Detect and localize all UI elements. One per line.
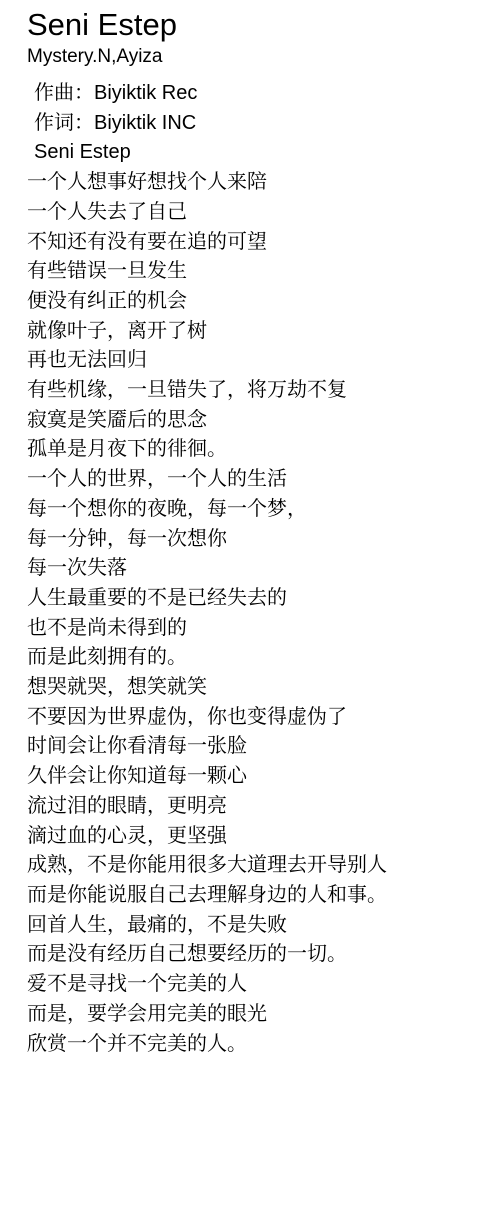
lyric-line: 流过泪的眼睛，更明亮 [27, 792, 490, 822]
lyric-line: 也不是尚未得到的 [27, 614, 490, 644]
lyric-line: 寂寞是笑靥后的思念 [27, 406, 490, 436]
lyric-line: 一个人失去了自己 [27, 198, 490, 228]
lyrics-content: 作曲：Biyiktik Rec作词：Biyiktik INCSeni Estep… [27, 79, 490, 1059]
artist-name: Mystery.N,Ayiza [27, 44, 490, 70]
lyric-line: 人生最重要的不是已经失去的 [27, 584, 490, 614]
lyric-line: 欣赏一个并不完美的人。 [27, 1030, 490, 1060]
lyric-line: 而是，要学会用完美的眼光 [27, 1000, 490, 1030]
lyric-line: 孤单是月夜下的徘徊。 [27, 435, 490, 465]
lyric-line: 一个人想事好想找个人来陪 [27, 168, 490, 198]
credits-block: 作曲：Biyiktik Rec作词：Biyiktik INCSeni Estep [27, 79, 490, 168]
lyric-line: 每一个想你的夜晚，每一个梦， [27, 495, 490, 525]
credit-line: Seni Estep [34, 138, 490, 168]
lyric-line: 想哭就哭，想笑就笑 [27, 673, 490, 703]
lyric-line: 爱不是寻找一个完美的人 [27, 970, 490, 1000]
lyric-line: 滴过血的心灵，更坚强 [27, 822, 490, 852]
lyric-line: 不要因为世界虚伪，你也变得虚伪了 [27, 703, 490, 733]
lyrics-page: Seni Estep Mystery.N,Ayiza 作曲：Biyiktik R… [0, 0, 500, 1210]
lyric-line: 每一分钟，每一次想你 [27, 525, 490, 555]
lyric-line: 有些错误一旦发生 [27, 257, 490, 287]
page-title: Seni Estep [27, 6, 490, 44]
lyrics-block: 一个人想事好想找个人来陪一个人失去了自己不知还有没有要在追的可望有些错误一旦发生… [27, 168, 490, 1059]
lyric-line: 一个人的世界，一个人的生活 [27, 465, 490, 495]
lyric-line: 而是此刻拥有的。 [27, 643, 490, 673]
lyric-line: 有些机缘，一旦错失了，将万劫不复 [27, 376, 490, 406]
lyric-line: 回首人生，最痛的，不是失败 [27, 911, 490, 941]
lyric-line: 再也无法回归 [27, 346, 490, 376]
lyric-line: 而是你能说服自己去理解身边的人和事。 [27, 881, 490, 911]
lyric-line: 每一次失落 [27, 554, 490, 584]
lyric-line: 就像叶子，离开了树 [27, 317, 490, 347]
lyric-line: 时间会让你看清每一张脸 [27, 732, 490, 762]
credit-line: 作曲：Biyiktik Rec [34, 79, 490, 109]
credit-line: 作词：Biyiktik INC [34, 109, 490, 139]
lyric-line: 成熟，不是你能用很多大道理去开导别人 [27, 851, 490, 881]
lyric-line: 久伴会让你知道每一颗心 [27, 762, 490, 792]
lyric-line: 不知还有没有要在追的可望 [27, 228, 490, 258]
lyric-line: 而是没有经历自己想要经历的一切。 [27, 940, 490, 970]
lyric-line: 便没有纠正的机会 [27, 287, 490, 317]
